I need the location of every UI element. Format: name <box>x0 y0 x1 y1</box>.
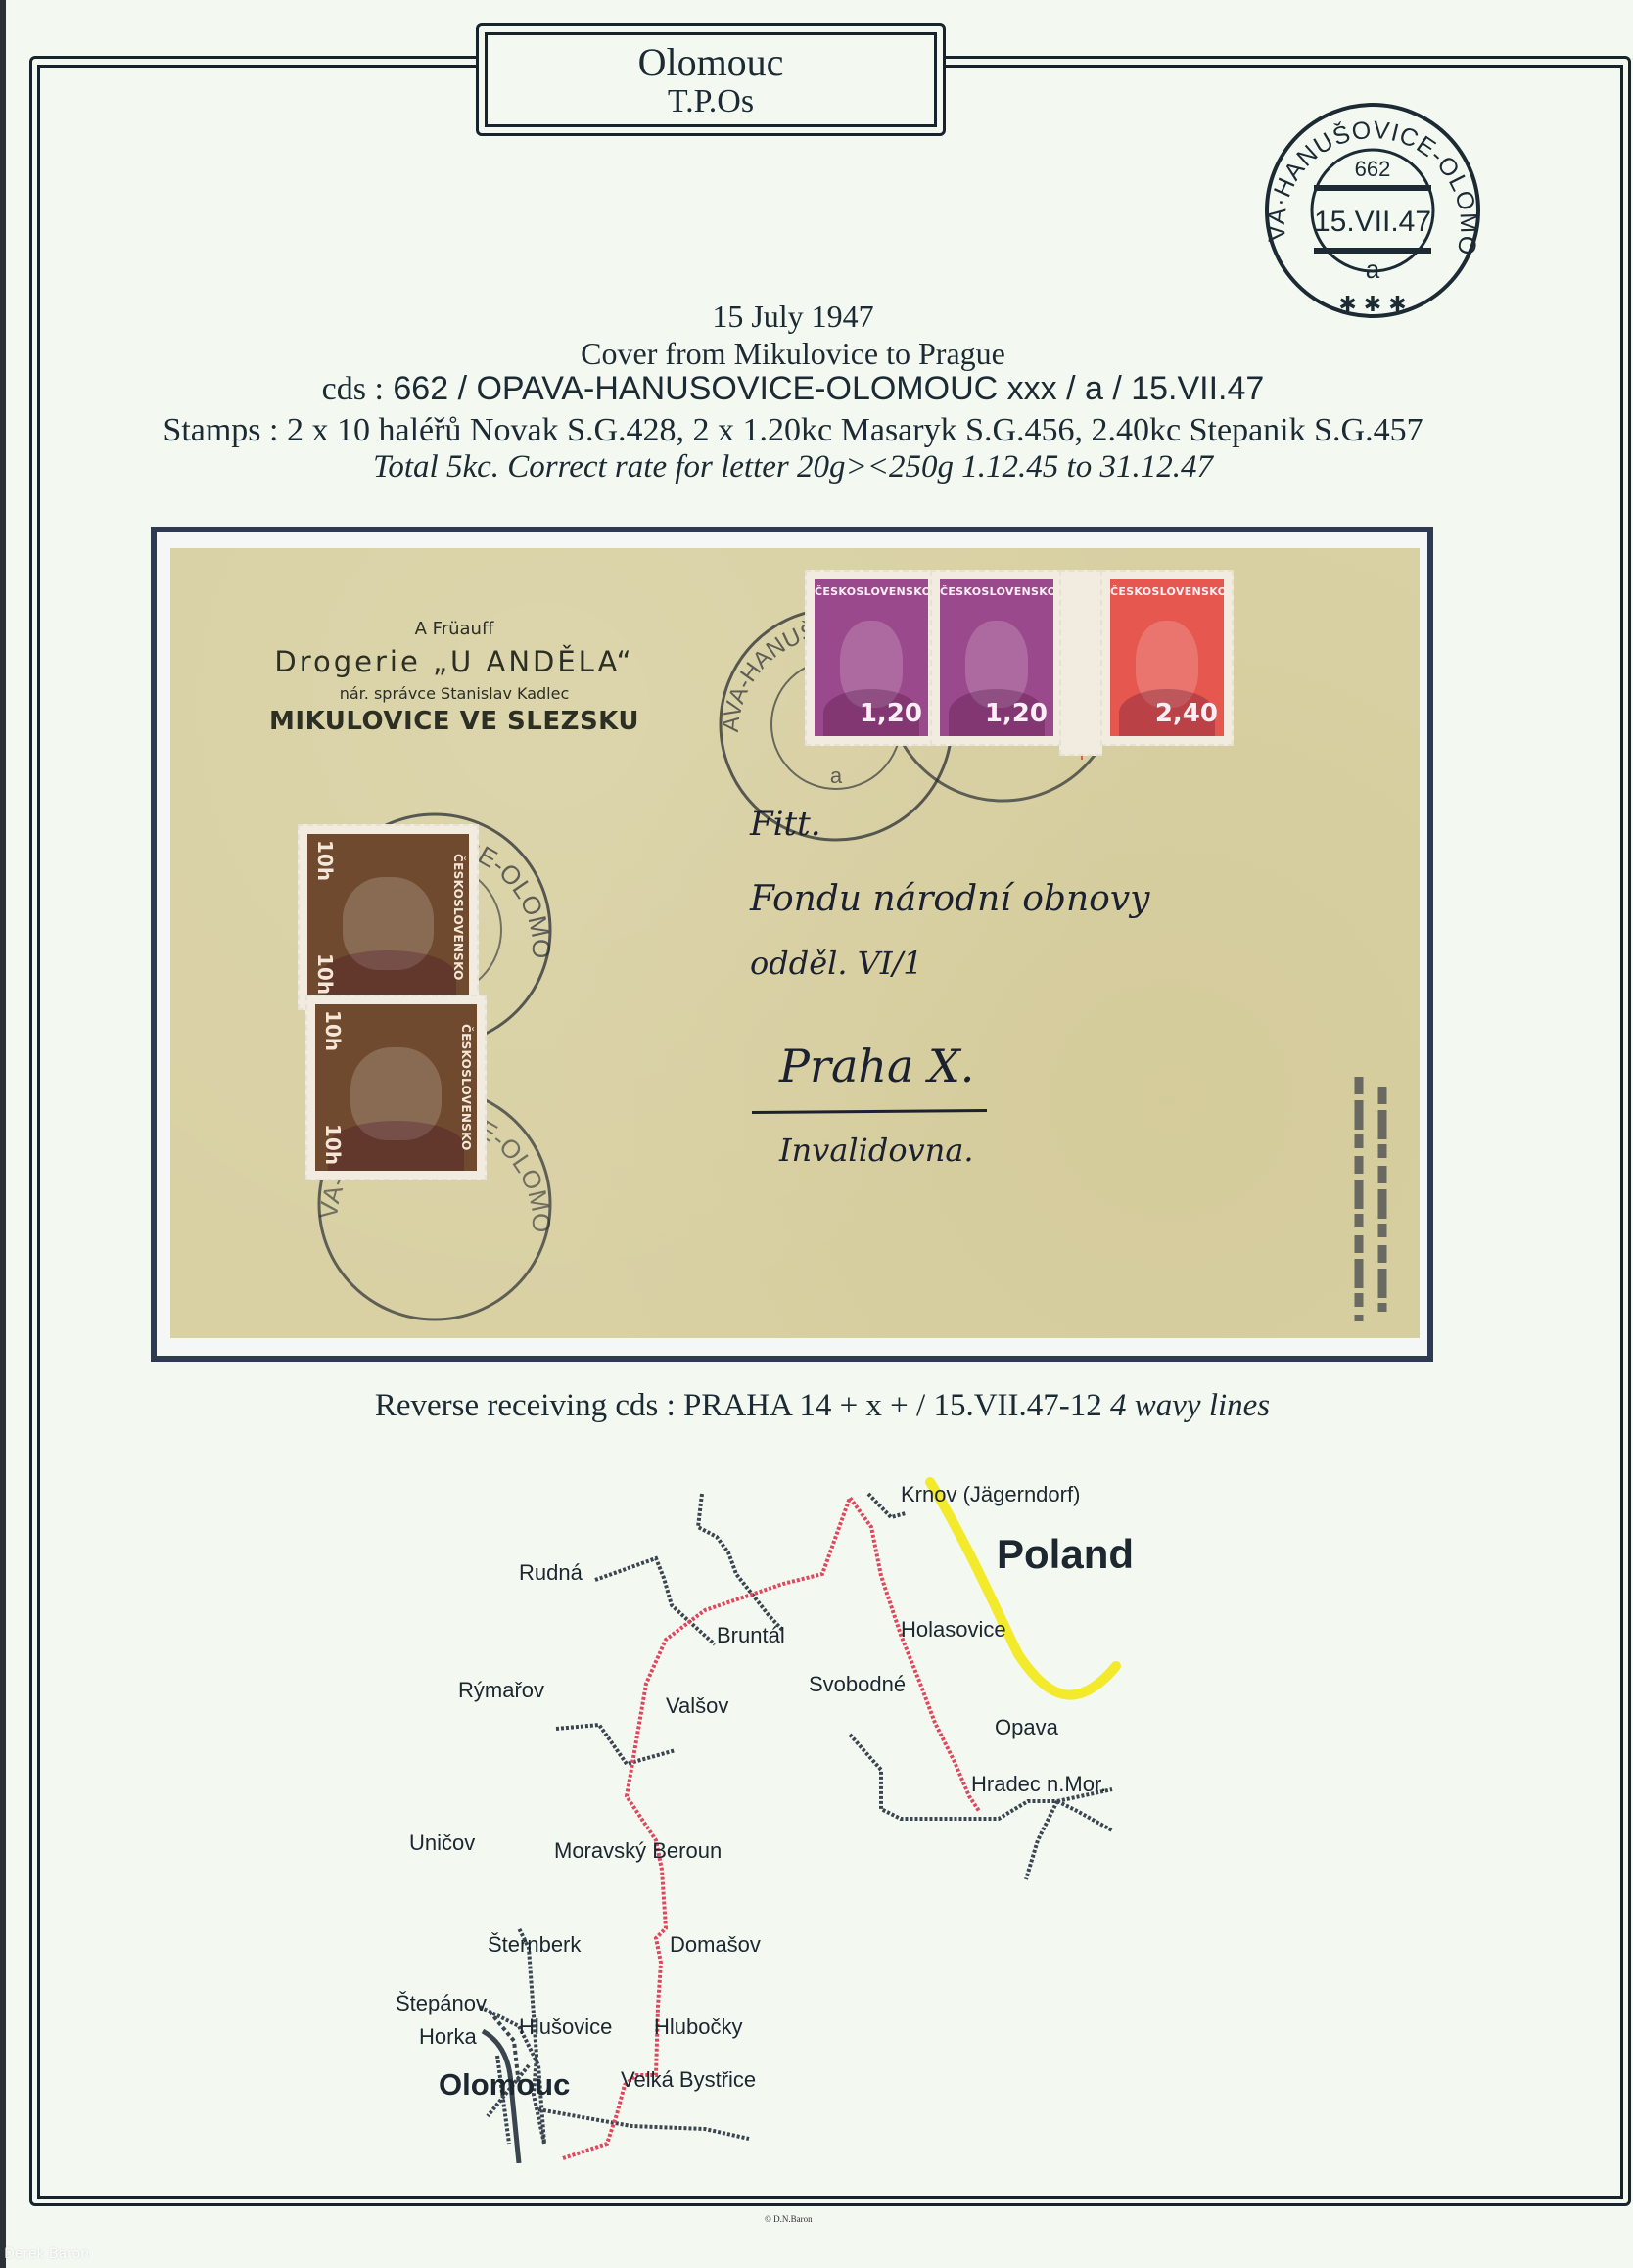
stamp-value: 1,20 <box>860 699 922 728</box>
address-salutation: Fitt. <box>750 805 821 844</box>
sender-imprint: A Früauff Drogerie „U ANDĚLA“ nár. správ… <box>229 619 679 736</box>
svg-text:a: a <box>1366 255 1380 284</box>
stamp-novak-10h-2: ČESKOSLOVENSKO 10h 10h <box>305 995 487 1180</box>
place-rudna: Rudná <box>519 1560 583 1586</box>
stamp-gutter <box>1059 570 1102 756</box>
place-moravsky-beroun: Moravský Beroun <box>554 1838 722 1864</box>
sender-administrator: nár. správce Stanislav Kadlec <box>229 684 679 703</box>
rate-line: Total 5kc. Correct rate for letter 20g><… <box>39 449 1547 486</box>
place-stepanov: Štepánov <box>396 1991 487 2016</box>
stamp-country: ČESKOSLOVENSKO <box>815 585 928 598</box>
place-opava: Opava <box>995 1715 1058 1740</box>
page-subtitle: T.P.Os <box>488 84 934 119</box>
place-rymarov: Rýmařov <box>458 1678 544 1703</box>
address-street: Invalidovna. <box>779 1132 974 1169</box>
title-box: Olomouc T.P.Os <box>476 23 946 136</box>
place-olomouc: Olomouc <box>439 2067 570 2103</box>
stamp-masaryk-120-1: ČESKOSLOVENSKO 1,20 <box>805 570 938 746</box>
reverse-cds-italic: 4 wavy lines <box>1110 1388 1270 1423</box>
place-krnov: Krnov (Jägerndorf) <box>901 1482 1080 1507</box>
stamp-value: 10h <box>313 840 337 881</box>
cover-date: 15 July 1947 <box>39 299 1547 335</box>
place-bruntal: Bruntál <box>717 1623 785 1648</box>
watermark: Derek Baron <box>4 2246 89 2262</box>
address-underline <box>752 1109 987 1114</box>
stamp-country: ČESKOSLOVENSKO <box>451 842 465 992</box>
sender-business: Drogerie „U ANDĚLA“ <box>229 645 679 678</box>
place-hlubocky: Hlubočky <box>654 2014 742 2040</box>
place-holasovice: Holasovice <box>901 1617 1006 1643</box>
stamp-value: 10h <box>313 953 337 995</box>
stamp-stepanik-240: ČESKOSLOVENSKO 2,40 <box>1100 570 1234 746</box>
postmark-illustration: OPAVA·HANUŠOVICE-OLOMOUC 662 15.VII.47 a… <box>1236 98 1510 323</box>
place-sternberk: Šternberk <box>488 1932 581 1958</box>
svg-text:15.VII.47: 15.VII.47 <box>1314 206 1431 238</box>
cover-mount: A Früauff Drogerie „U ANDĚLA“ nár. správ… <box>151 527 1433 1362</box>
place-svobodne: Svobodné <box>809 1672 906 1697</box>
place-hlusovice: Hlušovice <box>519 2014 612 2040</box>
cds-label: cds : <box>322 371 384 407</box>
address-city: Praha X. <box>779 1040 974 1092</box>
stamp-country: ČESKOSLOVENSKO <box>459 1012 473 1162</box>
border-line <box>930 1482 1116 1695</box>
railway-map: Krnov (Jägerndorf) Poland Rudná Bruntál … <box>372 1458 1253 2163</box>
cds-line: cds : 662 / OPAVA-HANUSOVICE-OLOMOUC xxx… <box>39 370 1547 408</box>
place-velka-bystrice: Velká Bystřice <box>621 2067 756 2093</box>
stamp-value: 1,20 <box>985 699 1048 728</box>
stamp-country: ČESKOSLOVENSKO <box>1110 585 1224 598</box>
route-line <box>563 1498 979 2158</box>
stamp-value: 10h <box>321 1010 345 1051</box>
reverse-cds-text: Reverse receiving cds : PRAHA 14 + x + /… <box>375 1388 1102 1423</box>
svg-text:662: 662 <box>1355 157 1391 181</box>
place-domasov: Domašov <box>670 1932 761 1958</box>
wavy-line-marks <box>1345 1077 1404 1321</box>
svg-text:a: a <box>830 764 843 788</box>
sender-name: A Früauff <box>229 619 679 639</box>
reverse-cds-note: Reverse receiving cds : PRAHA 14 + x + /… <box>39 1388 1606 1424</box>
stamp-country: ČESKOSLOVENSKO <box>940 585 1053 598</box>
address-department: odděl. VI/1 <box>750 945 923 982</box>
place-hradec: Hradec n.Mor. <box>971 1772 1106 1797</box>
address-recipient: Fondu národní obnovy <box>750 879 1150 919</box>
copyright-notice: © D.N.Baron <box>765 2214 813 2224</box>
stamp-value: 10h <box>321 1124 345 1165</box>
country-label-poland: Poland <box>997 1531 1134 1578</box>
cover-route: Cover from Mikulovice to Prague <box>39 336 1547 372</box>
scan-edge <box>0 0 6 2268</box>
stamp-value: 2,40 <box>1155 699 1218 728</box>
place-valsov: Valšov <box>666 1693 728 1719</box>
place-horka: Horka <box>419 2024 477 2050</box>
cds-value: 662 / OPAVA-HANUSOVICE-OLOMOUC xxx / a /… <box>393 370 1264 407</box>
page-title: Olomouc <box>488 41 934 84</box>
stamp-novak-10h-1: ČESKOSLOVENSKO 10h 10h <box>298 824 479 1010</box>
stamps-line: Stamps : 2 x 10 haléřů Novak S.G.428, 2 … <box>39 412 1547 449</box>
place-unicov: Uničov <box>409 1830 475 1856</box>
sender-town: MIKULOVICE VE SLEZSKU <box>229 707 679 736</box>
envelope-cover: A Früauff Drogerie „U ANDĚLA“ nár. správ… <box>170 548 1420 1338</box>
stamp-masaryk-120-2: ČESKOSLOVENSKO 1,20 <box>930 570 1063 746</box>
